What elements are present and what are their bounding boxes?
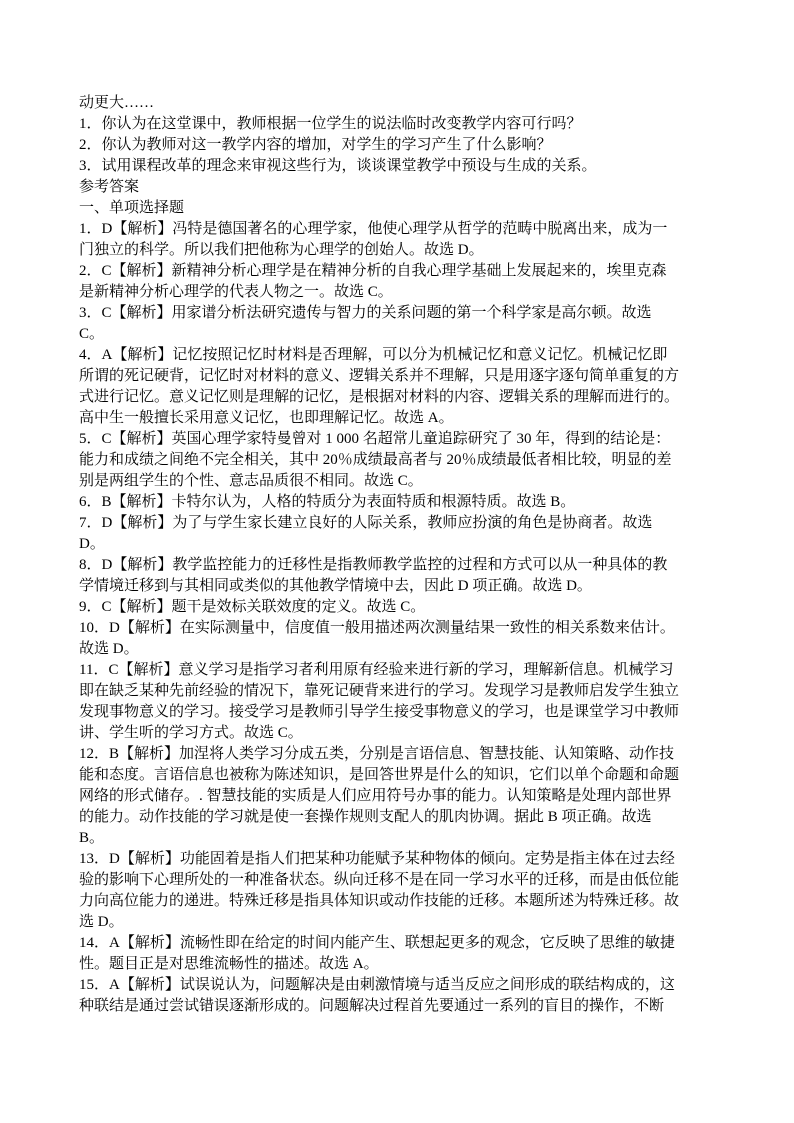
answer-item: 12．B【解析】加涅将人类学习分成五类，分别是言语信息、智慧技能、认知策略、动作…	[79, 744, 679, 849]
section-heading: 一、单项选择题	[79, 198, 679, 219]
answer-number: 8．	[79, 557, 102, 573]
answer-choice: D	[109, 620, 120, 636]
answer-number: 1．	[79, 221, 102, 237]
explanation-label: 【解析】	[120, 620, 180, 636]
answer-number: 12．	[79, 746, 109, 762]
answer-number: 10．	[79, 620, 109, 636]
answer-choice: C	[102, 263, 112, 279]
case-question: 2．你认为教师对这一教学内容的增加，对学生的学习产生了什么影响？	[79, 135, 679, 156]
reference-answers-heading: 参考答案	[79, 177, 679, 198]
answer-item: 15．A【解析】试误说认为，问题解决是由刺激情境与适当反应之间形成的联结构成的，…	[79, 975, 679, 1017]
answer-item: 6．B【解析】卡特尔认为，人格的特质分为表面特质和根源特质。故选 B。	[79, 492, 679, 513]
explanation-label: 【解析】	[112, 347, 172, 363]
answer-number: 9．	[79, 599, 102, 615]
case-questions: 1．你认为在这堂课中，教师根据一位学生的说法临时改变教学内容可行吗？2．你认为教…	[79, 114, 679, 177]
answer-item: 2．C【解析】新精神分析心理学是在精神分析的自我心理学基础上发展起来的，埃里克森…	[79, 261, 679, 303]
answer-choice: C	[108, 662, 118, 678]
answer-number: 14．	[79, 935, 109, 951]
answer-choice: C	[102, 599, 112, 615]
answer-choice: D	[102, 221, 113, 237]
explanation-label: 【解析】	[112, 494, 172, 510]
explanation-label: 【解析】	[112, 599, 172, 615]
answer-number: 2．	[79, 263, 102, 279]
explanation-text: 题干是效标关联效度的定义。故选 C。	[172, 599, 426, 615]
answer-choice: A	[109, 977, 120, 993]
answer-item: 7．D【解析】为了与学生家长建立良好的人际关系，教师应扮演的角色是协商者。故选 …	[79, 513, 679, 555]
explanation-label: 【解析】	[120, 851, 180, 867]
answer-item: 4．A【解析】记忆按照记忆时材料是否理解，可以分为机械记忆和意义记忆。机械记忆即…	[79, 345, 679, 429]
answer-item: 11．C【解析】意义学习是指学习者利用原有经验来进行新的学习，理解新信息。机械学…	[79, 660, 679, 744]
explanation-label: 【解析】	[112, 263, 172, 279]
answer-number: 5．	[79, 431, 102, 447]
answer-choice: B	[109, 746, 119, 762]
answer-item: 8．D【解析】教学监控能力的迁移性是指教师教学监控的过程和方式可以从一种具体的教…	[79, 555, 679, 597]
answer-item: 3．C【解析】用家谱分析法研究遗传与智力的关系问题的第一个科学家是高尔顿。故选 …	[79, 303, 679, 345]
answer-choice: C	[102, 431, 112, 447]
answer-item: 5．C【解析】英国心理学家特曼曾对 1 000 名超常儿童追踪研究了 30 年，…	[79, 429, 679, 492]
answer-item: 14．A【解析】流畅性即在给定的时间内能产生、联想起更多的观念，它反映了思维的敏…	[79, 933, 679, 975]
answer-number: 3．	[79, 305, 102, 321]
answer-item: 1．D【解析】冯特是德国著名的心理学家，他使心理学从哲学的范畴中脱离出来，成为一…	[79, 219, 679, 261]
answer-choice: A	[109, 935, 120, 951]
case-question: 1．你认为在这堂课中，教师根据一位学生的说法临时改变教学内容可行吗？	[79, 114, 679, 135]
answer-choice: D	[109, 851, 120, 867]
answer-choice: D	[102, 515, 113, 531]
explanation-label: 【解析】	[112, 557, 172, 573]
explanation-text: 卡特尔认为，人格的特质分为表面特质和根源特质。故选 B。	[172, 494, 576, 510]
explanation-label: 【解析】	[112, 431, 172, 447]
answer-number: 4．	[79, 347, 102, 363]
explanation-label: 【解析】	[119, 746, 179, 762]
explanation-label: 【解析】	[112, 221, 172, 237]
paragraph-fragment: 动更大……	[79, 93, 679, 114]
answer-choice: D	[102, 557, 113, 573]
answer-choice: A	[102, 347, 113, 363]
explanation-label: 【解析】	[118, 662, 178, 678]
answer-number: 7．	[79, 515, 102, 531]
answers-list: 1．D【解析】冯特是德国著名的心理学家，他使心理学从哲学的范畴中脱离出来，成为一…	[79, 219, 679, 1017]
answer-number: 15．	[79, 977, 109, 993]
explanation-label: 【解析】	[112, 305, 172, 321]
explanation-label: 【解析】	[112, 515, 172, 531]
answer-item: 10．D【解析】在实际测量中，信度值一般用描述两次测量结果一致性的相关系数来估计…	[79, 618, 679, 660]
answer-choice: C	[102, 305, 112, 321]
explanation-label: 【解析】	[120, 935, 180, 951]
document-page: 动更大…… 1．你认为在这堂课中，教师根据一位学生的说法临时改变教学内容可行吗？…	[0, 0, 794, 1123]
answer-number: 11．	[79, 662, 108, 678]
answer-number: 6．	[79, 494, 102, 510]
answer-number: 13．	[79, 851, 109, 867]
explanation-label: 【解析】	[120, 977, 180, 993]
case-question: 3．试用课程改革的理念来审视这些行为，谈谈课堂教学中预设与生成的关系。	[79, 156, 679, 177]
answer-item: 13．D【解析】功能固着是指人们把某种功能赋予某种物体的倾向。定势是指主体在过去…	[79, 849, 679, 933]
answer-item: 9．C【解析】题干是效标关联效度的定义。故选 C。	[79, 597, 679, 618]
answer-choice: B	[102, 494, 112, 510]
